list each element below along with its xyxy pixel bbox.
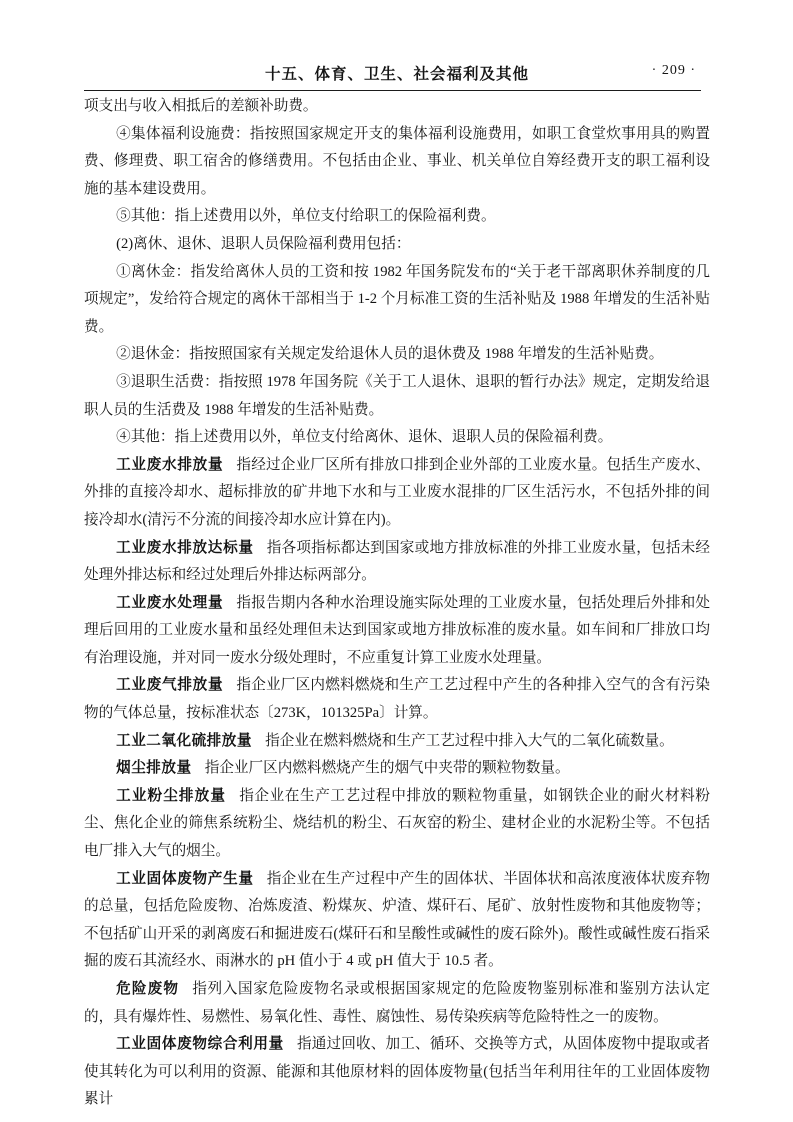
chapter-title: 十五、体育、卫生、社会福利及其他 xyxy=(84,62,710,84)
paragraph: ④其他：指上述费用以外，单位支付给离休、退休、退职人员的保险福利费。 xyxy=(84,424,710,452)
paragraph-text: ①离休金：指发给离休人员的工资和按 1982 年国务院发布的“关于老干部离职休养… xyxy=(84,264,710,335)
term-label: 工业废气排放量 xyxy=(116,677,223,693)
paragraph: 工业废水处理量指报告期内各种水治理设施实际处理的工业废水量，包括处理后外排和处理… xyxy=(84,590,710,673)
term-label: 工业废水处理量 xyxy=(116,595,223,611)
header-rule xyxy=(84,90,701,91)
term-label: 工业废水排放达标量 xyxy=(116,540,254,556)
paragraph-text: 指企业在燃料燃烧和生产工艺过程中排入大气的二氧化硫数量。 xyxy=(265,733,674,749)
page-header: 十五、体育、卫生、社会福利及其他 · 209 · xyxy=(84,62,710,86)
paragraph: ③退职生活费：指按照 1978 年国务院《关于工人退休、退职的暂行办法》规定，定… xyxy=(84,369,710,424)
paragraph: 工业废气排放量指企业厂区内燃料燃烧和生产工艺过程中产生的各种排入空气的含有污染物… xyxy=(84,672,710,727)
paragraph: 项支出与收入相抵后的差额补助费。 xyxy=(84,93,710,121)
term-label: 工业固体废物综合利用量 xyxy=(116,1036,284,1052)
paragraph: 烟尘排放量指企业厂区内燃料燃烧产生的烟气中夹带的颗粒物数量。 xyxy=(84,755,710,783)
paragraph-text: ③退职生活费：指按照 1978 年国务院《关于工人退休、退职的暂行办法》规定，定… xyxy=(84,374,710,418)
term-label: 危险废物 xyxy=(116,981,179,997)
paragraph: 工业固体废物综合利用量指通过回收、加工、循环、交换等方式，从固体废物中提取或者使… xyxy=(84,1031,710,1114)
paragraph: 危险废物指列入国家危险废物名录或根据国家规定的危险废物鉴别标准和鉴别方法认定的，… xyxy=(84,976,710,1031)
paragraph: ②退休金：指按照国家有关规定发给退休人员的退休费及 1988 年增发的生活补贴费… xyxy=(84,341,710,369)
paragraph: 工业废水排放量指经过企业厂区所有排放口排到企业外部的工业废水量。包括生产废水、外… xyxy=(84,452,710,535)
term-label: 工业二氧化硫排放量 xyxy=(116,733,252,749)
paragraph: (2)离休、退休、退职人员保险福利费用包括： xyxy=(84,231,710,259)
paragraph: 工业粉尘排放量指企业在生产工艺过程中排放的颗粒物重量，如钢铁企业的耐火材料粉尘、… xyxy=(84,783,710,866)
paragraph: 工业固体废物产生量指企业在生产过程中产生的固体状、半固体状和高浓度液体状废弃物的… xyxy=(84,866,710,976)
document-page: 十五、体育、卫生、社会福利及其他 · 209 · 项支出与收入相抵后的差额补助费… xyxy=(0,0,793,1122)
paragraph-text: 指企业厂区内燃料燃烧产生的烟气中夹带的颗粒物数量。 xyxy=(205,760,570,776)
paragraph: ④集体福利设施费：指按照国家规定开支的集体福利设施费用，如职工食堂炊事用具的购置… xyxy=(84,121,710,204)
term-label: 工业粉尘排放量 xyxy=(116,788,226,804)
paragraph: 工业二氧化硫排放量指企业在燃料燃烧和生产工艺过程中排入大气的二氧化硫数量。 xyxy=(84,728,710,756)
paragraph: 工业废水排放达标量指各项指标都达到国家或地方排放标准的外排工业废水量，包括未经处… xyxy=(84,535,710,590)
paragraph-text: ④其他：指上述费用以外，单位支付给离休、退休、退职人员的保险福利费。 xyxy=(116,429,612,445)
paragraph: ⑤其他：指上述费用以外，单位支付给职工的保险福利费。 xyxy=(84,203,710,231)
paragraph-text: ②退休金：指按照国家有关规定发给退休人员的退休费及 1988 年增发的生活补贴费… xyxy=(116,346,663,362)
paragraph-text: ⑤其他：指上述费用以外，单位支付给职工的保险福利费。 xyxy=(116,208,495,224)
paragraph: ①离休金：指发给离休人员的工资和按 1982 年国务院发布的“关于老干部离职休养… xyxy=(84,259,710,342)
paragraph-text: 项支出与收入相抵后的差额补助费。 xyxy=(84,98,318,114)
term-label: 烟尘排放量 xyxy=(116,760,191,776)
paragraph-text: (2)离休、退休、退职人员保险福利费用包括： xyxy=(116,236,410,252)
term-label: 工业固体废物产生量 xyxy=(116,871,254,887)
paragraph-text: ④集体福利设施费：指按照国家规定开支的集体福利设施费用，如职工食堂炊事用具的购置… xyxy=(84,126,710,197)
page-number: · 209 · xyxy=(652,63,696,79)
document-body: 项支出与收入相抵后的差额补助费。④集体福利设施费：指按照国家规定开支的集体福利设… xyxy=(84,93,710,1114)
term-label: 工业废水排放量 xyxy=(116,457,223,473)
